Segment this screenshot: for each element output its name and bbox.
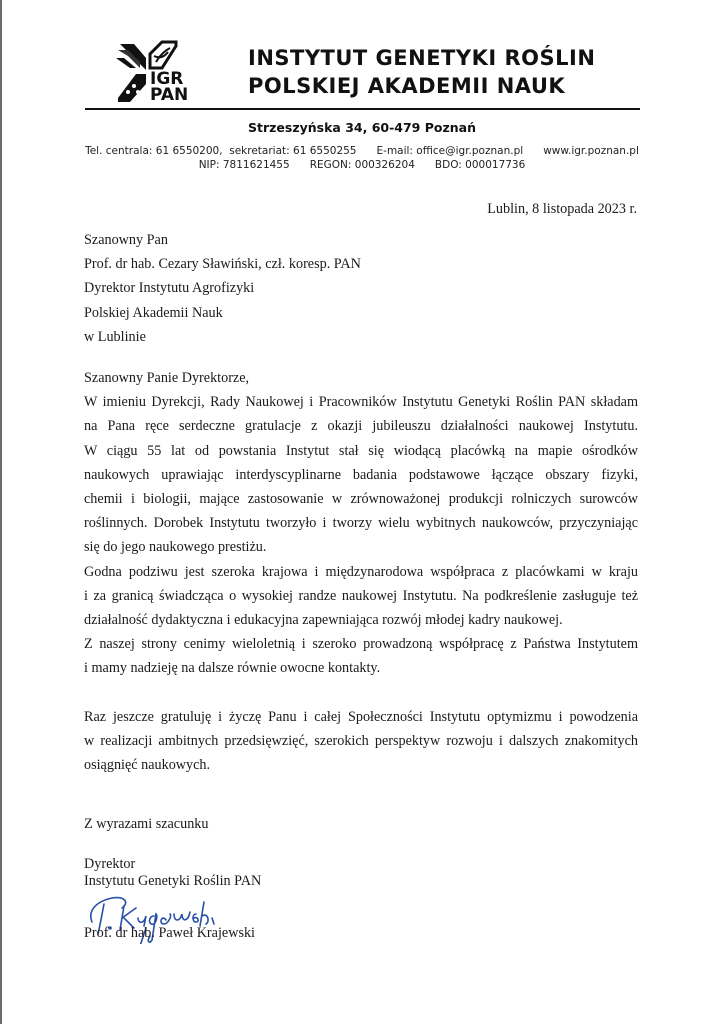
recipient-line: w Lublinie — [84, 325, 361, 349]
body-line: Raz jeszcze gratuluję i życzę Panu i cał… — [84, 705, 638, 729]
institute-title-line2: POLSKIEJ AKADEMII NAUK — [248, 72, 595, 100]
salutation: Szanowny Panie Dyrektorze, — [84, 366, 638, 390]
phone-secretariat: sekretariat: 61 6550255 — [229, 145, 356, 157]
paragraph-wishes: Raz jeszcze gratuluję i życzę Panu i cał… — [84, 705, 638, 778]
logo-text-pan: PAN — [150, 88, 188, 103]
closing-phrase: Z wyrazami szacunku — [84, 816, 208, 833]
body-line: Z naszej strony cenimy wieloletnią i sze… — [84, 632, 638, 656]
body-line: się do jego naukowego prestiżu. — [84, 535, 638, 559]
paragraph-cooperation: Godna podziwu jest szeroka krajowa i mię… — [84, 560, 638, 633]
phone-central: Tel. centrala: 61 6550200, — [85, 145, 222, 157]
contact-line-2: NIP: 7811621455 REGON: 000326204 BDO: 00… — [0, 159, 724, 171]
body-line: chemii i biologii, mające zastosowanie w… — [84, 487, 638, 511]
body-line: w realizacji ambitnych przedsięwzięć, sz… — [84, 729, 638, 753]
signer-name: Prof. dr hab. Paweł Krajewski — [84, 925, 255, 942]
bdo-number: BDO: 000017736 — [435, 159, 525, 171]
body-line: naukowych uprawiając interdyscyplinarne … — [84, 463, 638, 487]
body-line: W ciągu 55 lat od powstania Instytut sta… — [84, 439, 638, 463]
body-line: na Pana ręce serdeczne gratulacje z okaz… — [84, 414, 638, 438]
email-address[interactable]: E-mail: office@igr.poznan.pl — [377, 145, 524, 157]
igr-pan-logo-icon: IGR PAN — [116, 40, 178, 104]
body-line: osiągnięć naukowych. — [84, 753, 638, 777]
body-line: i za granicą świadcząca o wysokiej randz… — [84, 584, 638, 608]
institute-title-line1: INSTYTUT GENETYKI ROŚLIN — [248, 44, 595, 72]
recipient-line: Prof. dr hab. Cezary Sławiński, czł. kor… — [84, 252, 361, 276]
regon-number: REGON: 000326204 — [310, 159, 415, 171]
recipient-line: Szanowny Pan — [84, 228, 361, 252]
recipient-line: Polskiej Akademii Nauk — [84, 301, 361, 325]
institute-address: Strzeszyńska 34, 60-479 Poznań — [0, 120, 724, 135]
recipient-block: Szanowny Pan Prof. dr hab. Cezary Sławiń… — [84, 228, 361, 349]
body-line: działalność dydaktyczna i edukacyjna zap… — [84, 608, 638, 632]
body-line: roślinnych. Dorobek Instytutu tworzyło i… — [84, 511, 638, 535]
contact-line-1: Tel. centrala: 61 6550200, sekretariat: … — [0, 145, 724, 157]
body-line: W imieniu Dyrekcji, Rady Naukowej i Prac… — [84, 390, 638, 414]
body-line: Godna podziwu jest szeroka krajowa i mię… — [84, 560, 638, 584]
recipient-line: Dyrektor Instytutu Agrofizyki — [84, 276, 361, 300]
paragraph-congratulations: W imieniu Dyrekcji, Rady Naukowej i Prac… — [84, 390, 638, 559]
letterhead-divider — [85, 108, 640, 110]
signer-title-line1: Dyrektor — [84, 856, 261, 873]
institute-title: INSTYTUT GENETYKI ROŚLIN POLSKIEJ AKADEM… — [248, 44, 595, 100]
letter-date: Lublin, 8 listopada 2023 r. — [487, 201, 637, 218]
letter-body: Szanowny Panie Dyrektorze, W imieniu Dyr… — [84, 366, 638, 777]
nip-number: NIP: 7811621455 — [199, 159, 290, 171]
paragraph-partnership: Z naszej strony cenimy wieloletnią i sze… — [84, 632, 638, 680]
website-link[interactable]: www.igr.poznan.pl — [543, 145, 639, 157]
body-line: i mamy nadzieję na dalsze równie owocne … — [84, 656, 638, 680]
